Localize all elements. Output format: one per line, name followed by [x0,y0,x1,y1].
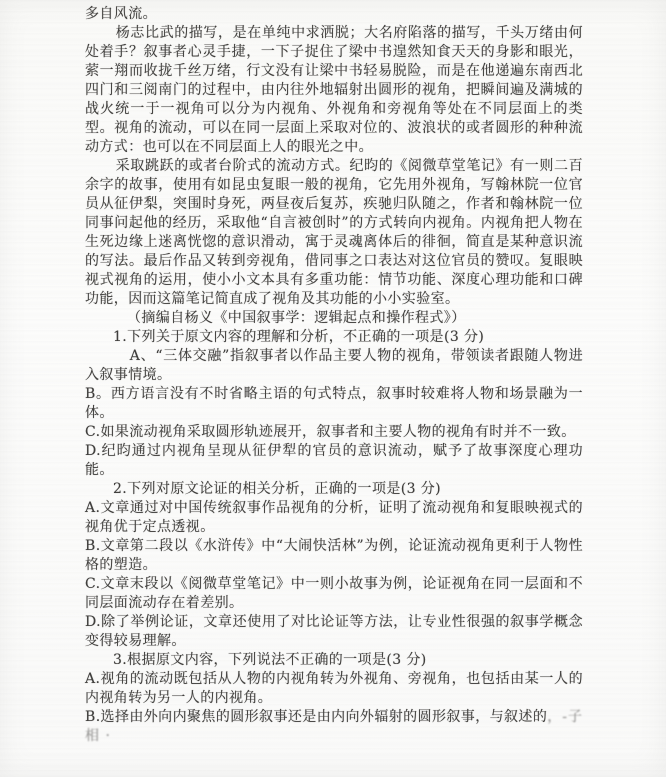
question-3-stem: 3.根据原文内容，下列说法不正确的一项是(3 分) [85,651,583,670]
source-attribution: （摘编自杨义《中国叙事学：逻辑起点和操作程式》） [85,309,583,328]
question-1-stem: 1.下列关于原文内容的理解和分析，不正确的一项是(3 分) [85,328,583,347]
paragraph-shuihu-perspective: 杨志比武的描写，是在单纯中求洒脱；大名府陷落的描写，千头万绪由何处着手？叙事者心… [85,24,583,157]
question-2-stem: 2.下列对原文论证的相关分析，正确的一项是(3 分) [85,480,583,499]
carryover-fragment-line: 多自风流。 [85,5,583,24]
document-text-block: 多自风流。 杨志比武的描写，是在单纯中求洒脱；大名府陷落的描写，千头万绪由何处着… [85,5,583,746]
question-1-option-b: B。西方语言没有不时省略主语的句式特点，叙事时较难将人物和场景融为一体。 [85,385,583,423]
question-1-option-d: D.纪昀通过内视角呈现从征伊犁的官员的意识流动，赋予了故事深度心理功能。 [85,442,583,480]
question-2-option-c: C.文章末段以《阅微草堂笔记》中一则小故事为例，论证视角在同一层面和不同层面流动… [85,575,583,613]
question-2-option-a: A.文章通过对中国传统叙事作品视角的分析，证明了流动视角和复眼映视式的视角优于定… [85,499,583,537]
question-3-option-b: B.选择由外向内聚焦的圆形叙事还是由内向外辐射的圆形叙事，与叙述的，-子相 · [85,708,583,746]
paragraph-yuewei-caotang: 采取跳跃的或者台阶式的流动方式。纪昀的《阅微草堂笔记》有一则二百余字的故事，使用… [85,157,583,309]
question-3-option-a: A.视角的流动既包括从人物的内视角转为外视角、旁视角，也包括由某一人的内视角转为… [85,670,583,708]
scanned-exam-page: 多自风流。 杨志比武的描写，是在单纯中求洒脱；大名府陷落的描写，千头万绪由何处着… [0,0,666,777]
question-1-option-c: C.如果流动视角采取圆形轨迹展开，叙事者和主要人物的视角有时并不一致。 [85,423,583,442]
question-2-option-d: D.除了举例论证，文章还使用了对比论证等方法，让专业性很强的叙事学概念变得较易理… [85,613,583,651]
question-3-option-b-text: B.选择由外向内聚焦的圆形叙事还是由内向外辐射的圆形叙事，与叙述的 [85,709,547,725]
question-2-option-b: B.文章第二段以《水浒传》中“大闹快活林”为例，论证流动视角更利于人物性格的塑造… [85,537,583,575]
question-1-option-a: A、“三体交融”指叙事者以作品主要人物的视角，带领读者跟随人物进入叙事情境。 [85,347,583,385]
